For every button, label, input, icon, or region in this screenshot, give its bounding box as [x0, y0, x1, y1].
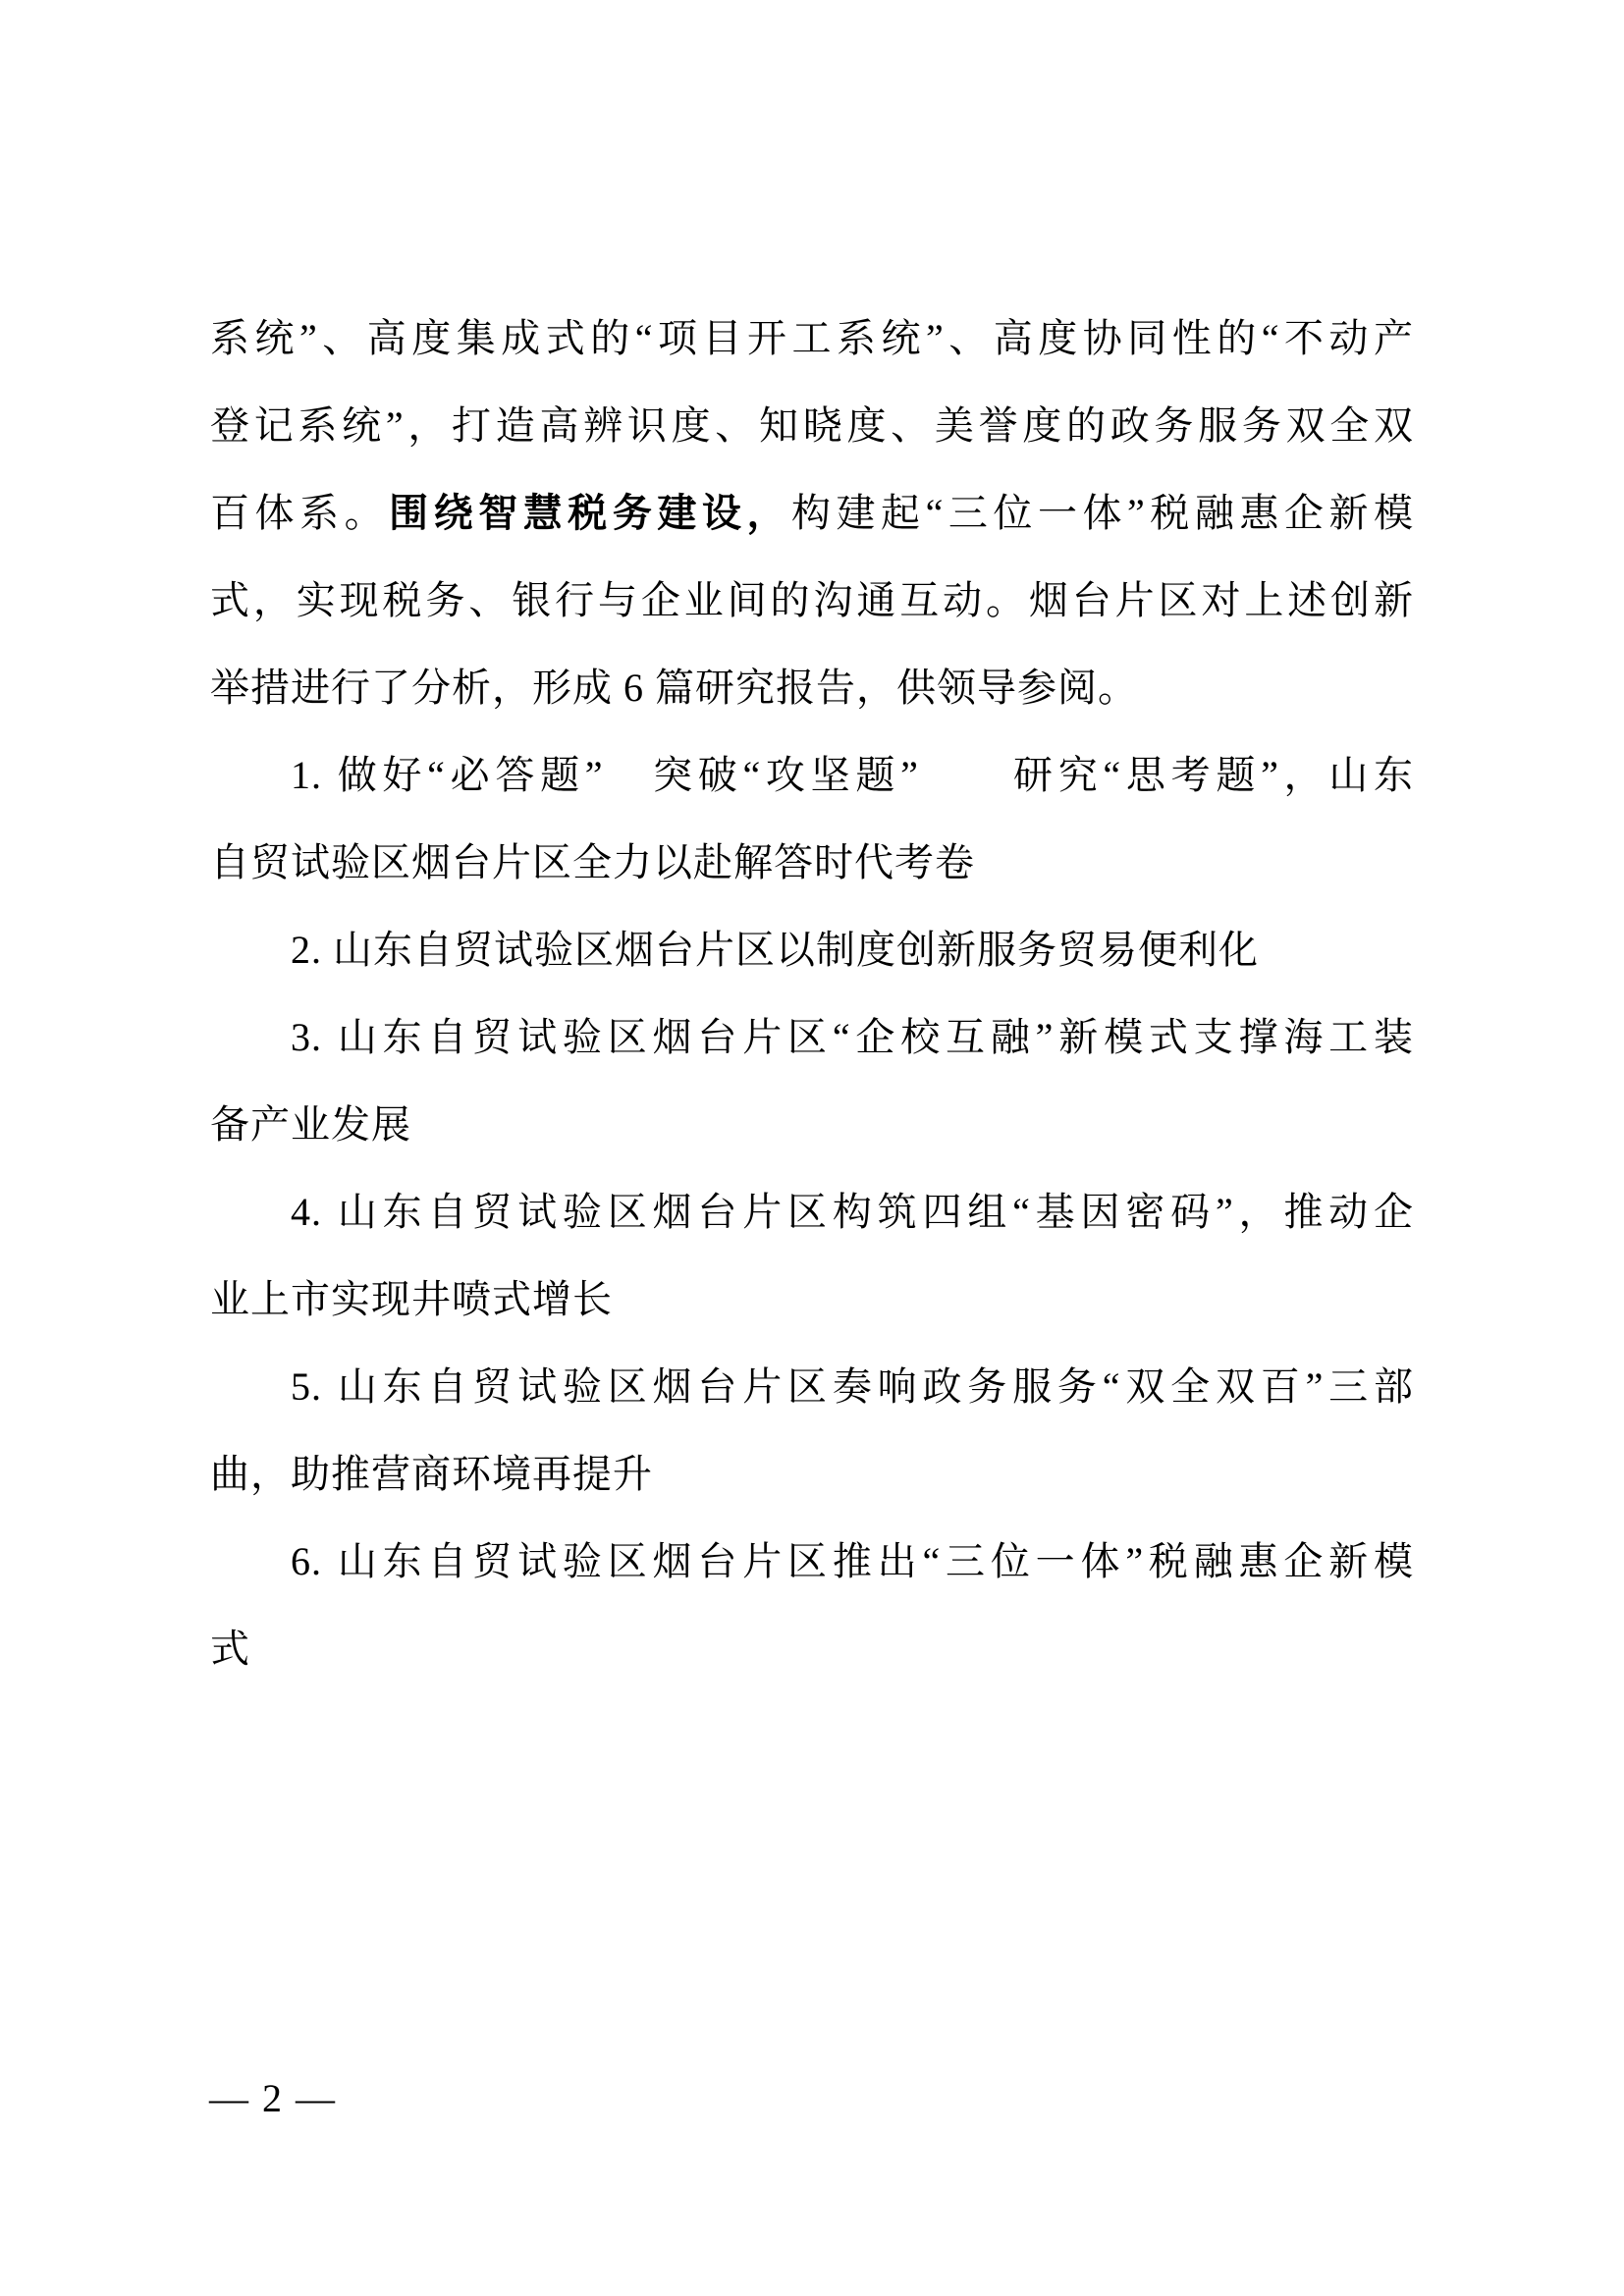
text-segment: 业上市实现井喷式增长: [210, 1277, 613, 1321]
text-segment: 式: [210, 1627, 250, 1671]
document-page: 系统”、高度集成式的“项目开工系统”、高度协同性的“不动产登记系统”，打造高辨识…: [0, 0, 1624, 2296]
text-segment: 系统”、高度集成式的“项目开工系统”、高度协同性的“不动产: [210, 316, 1414, 360]
text-line: 4. 山东自贸试验区烟台片区构筑四组“基因密码”，推动企: [210, 1168, 1414, 1255]
text-line: 6. 山东自贸试验区烟台片区推出“三位一体”税融惠企新模: [210, 1518, 1414, 1605]
text-line: 式，实现税务、银行与企业间的沟通互动。烟台片区对上述创新: [210, 557, 1414, 644]
text-segment: 曲，助推营商环境再提升: [210, 1452, 653, 1496]
text-line: 举措进行了分析，形成 6 篇研究报告，供领导参阅。: [210, 644, 1414, 731]
text-segment: 2. 山东自贸试验区烟台片区以制度创新服务贸易便利化: [291, 928, 1259, 972]
text-line: 2. 山东自贸试验区烟台片区以制度创新服务贸易便利化: [210, 906, 1414, 993]
text-line: 自贸试验区烟台片区全力以赴解答时代考卷: [210, 819, 1414, 906]
text-segment: 1. 做好“必答题” 突破“攻坚题” 研究“思考题”，山东: [291, 753, 1414, 797]
text-line: 1. 做好“必答题” 突破“攻坚题” 研究“思考题”，山东: [210, 731, 1414, 819]
text-line: 业上市实现井喷式增长: [210, 1255, 1414, 1343]
text-segment: 式，实现税务、银行与企业间的沟通互动。烟台片区对上述创新: [210, 578, 1414, 622]
text-line: 系统”、高度集成式的“项目开工系统”、高度协同性的“不动产: [210, 294, 1414, 382]
text-line: 百体系。围绕智慧税务建设，构建起“三位一体”税融惠企新模: [210, 469, 1414, 557]
text-line: 登记系统”，打造高辨识度、知晓度、美誉度的政务服务双全双: [210, 382, 1414, 469]
text-segment: 6. 山东自贸试验区烟台片区推出“三位一体”税融惠企新模: [291, 1539, 1414, 1583]
bold-emphasis-text: 围绕智慧税务建设，: [389, 491, 791, 535]
text-line: 备产业发展: [210, 1081, 1414, 1168]
text-segment: 百体系。: [210, 491, 389, 535]
text-line: 3. 山东自贸试验区烟台片区“企校互融”新模式支撑海工装: [210, 993, 1414, 1081]
text-segment: 举措进行了分析，形成 6 篇研究报告，供领导参阅。: [210, 666, 1138, 710]
text-segment: 构建起“三位一体”税融惠企新模: [791, 491, 1414, 535]
text-segment: 登记系统”，打造高辨识度、知晓度、美誉度的政务服务双全双: [210, 403, 1414, 448]
text-segment: 4. 山东自贸试验区烟台片区构筑四组“基因密码”，推动企: [291, 1190, 1414, 1234]
text-line: 式: [210, 1605, 1414, 1692]
text-segment: 备产业发展: [210, 1102, 411, 1147]
text-line: 曲，助推营商环境再提升: [210, 1430, 1414, 1518]
document-body: 系统”、高度集成式的“项目开工系统”、高度协同性的“不动产登记系统”，打造高辨识…: [210, 294, 1414, 1692]
text-segment: 5. 山东自贸试验区烟台片区奏响政务服务“双全双百”三部: [291, 1364, 1414, 1409]
text-line: 5. 山东自贸试验区烟台片区奏响政务服务“双全双百”三部: [210, 1343, 1414, 1430]
page-footer: — 2 —: [209, 2071, 337, 2126]
text-segment: 3. 山东自贸试验区烟台片区“企校互融”新模式支撑海工装: [291, 1015, 1414, 1059]
text-segment: 自贸试验区烟台片区全力以赴解答时代考卷: [210, 840, 975, 884]
page-number: — 2 —: [209, 2076, 337, 2120]
